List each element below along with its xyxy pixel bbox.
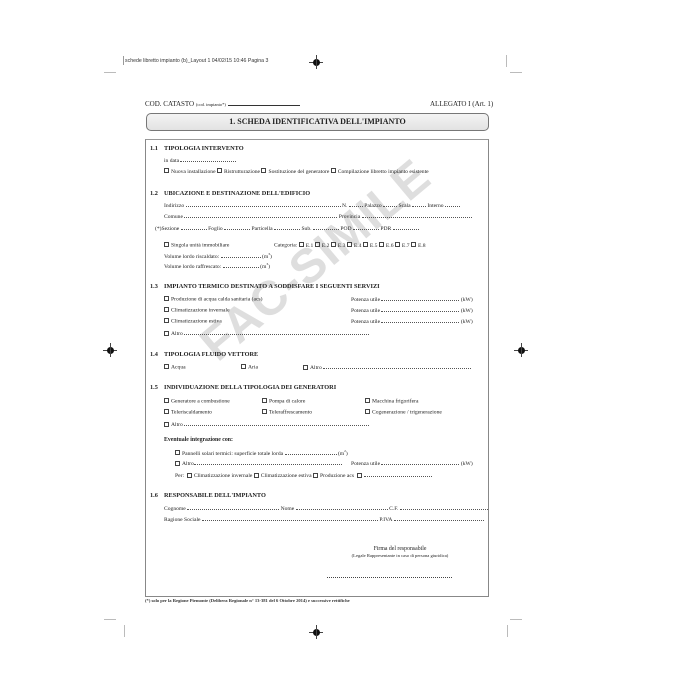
- signature-sublabel: (Legale Rappresentante in caso di person…: [300, 553, 500, 558]
- checkbox-cogenerazione[interactable]: Cogenerazione / trigenerazione: [365, 409, 442, 416]
- registration-mark-icon: [514, 343, 528, 357]
- checkbox-ristrutturazione[interactable]: Ristrutturazione: [217, 169, 260, 175]
- checkbox-per-estiva[interactable]: Climatizzazione estiva: [254, 473, 312, 479]
- checkbox-acs[interactable]: Produzione di acqua calda sanitaria (acs…: [164, 296, 262, 303]
- checkbox-altro-generatori[interactable]: Altro: [164, 421, 369, 428]
- checkbox-e7[interactable]: E.7: [395, 243, 410, 249]
- crop-mark: [506, 55, 507, 67]
- print-slug: schede libretto impianto (b)_Layout 1 04…: [125, 58, 268, 64]
- checkbox-aria[interactable]: Aria: [241, 364, 258, 371]
- footnote: (*) solo per la Regione Piemonte (Delibe…: [145, 598, 350, 603]
- allegato-label: ALLEGATO I (Art. 1): [430, 100, 493, 108]
- checkbox-altro-fluido[interactable]: Altro: [303, 364, 471, 371]
- volume-raffrescato-field[interactable]: Volume lordo raffrescato: (m3): [164, 262, 270, 270]
- checkbox-singola-unita[interactable]: Singola unità immobiliare: [164, 242, 229, 249]
- ragione-sociale-row[interactable]: Ragione Sociale P.IVA: [164, 516, 484, 523]
- catasto-row[interactable]: (*)Sezione Foglio Particella Sub. POD PD…: [155, 225, 419, 232]
- crop-mark: [104, 72, 116, 73]
- per-row: Per: Climatizzazione invernale Climatizz…: [175, 472, 432, 479]
- checkbox-e5[interactable]: E.5: [363, 243, 378, 249]
- checkbox-acqua[interactable]: Acqua: [164, 364, 186, 371]
- signature-line[interactable]: [327, 577, 452, 578]
- checkbox-per-invernale[interactable]: Climatizzazione invernale: [187, 473, 253, 479]
- potenza-invernale-field[interactable]: Potenza utile (kW): [351, 307, 473, 314]
- checkbox-per-acs[interactable]: Produzione acs: [313, 473, 354, 479]
- checkbox-altro-servizi[interactable]: Altro: [164, 330, 369, 337]
- potenza-integrazione-field[interactable]: Potenza utile (kW): [351, 460, 473, 467]
- checkbox-clim-estiva[interactable]: Climatizzazione estiva: [164, 318, 222, 325]
- registration-mark-icon: [103, 343, 117, 357]
- checkbox-per-altro[interactable]: [357, 473, 432, 479]
- checkbox-macchina-frigorifera[interactable]: Macchina frigorifera: [365, 398, 418, 405]
- checkbox-sostituzione[interactable]: Sostituzione del generatore: [261, 169, 329, 175]
- intervento-options: Nuova installazione Ristrutturazione Sos…: [164, 168, 429, 175]
- section-1-5-title: 1.5INDIVIDUAZIONE DELLA TIPOLOGIA DEI GE…: [150, 384, 336, 391]
- section-1-4-title: 1.4TIPOLOGIA FLUIDO VETTORE: [150, 351, 258, 358]
- crop-mark: [507, 625, 508, 637]
- checkbox-e2[interactable]: E.2: [315, 243, 330, 249]
- registration-mark-icon: [309, 625, 323, 639]
- categoria-row: Categoria: E.1 E.2 E.3 E.4 E.5 E.6 E.7 E…: [274, 242, 426, 249]
- slug-bar: [123, 56, 124, 65]
- checkbox-generatore-combustione[interactable]: Generatore a combustione: [164, 398, 230, 405]
- page-title: 1. SCHEDA IDENTIFICATIVA DELL'IMPIANTO: [146, 113, 489, 131]
- checkbox-altro-integrazione[interactable]: Altro: [175, 460, 342, 467]
- crop-mark: [510, 619, 522, 620]
- volume-riscaldato-field[interactable]: Volume lordo riscaldato: (m3): [164, 252, 272, 260]
- checkbox-e3[interactable]: E.3: [331, 243, 346, 249]
- checkbox-compilazione[interactable]: Compilazione libretto impianto esistente: [331, 169, 429, 175]
- cod-catasto-label: COD. CATASTO (cod. impianto*): [145, 100, 300, 108]
- potenza-acs-field[interactable]: Potenza utile (kW): [351, 296, 473, 303]
- potenza-estiva-field[interactable]: Potenza utile (kW): [351, 318, 473, 325]
- signature-label: Firma del responsabile: [300, 546, 500, 552]
- integrazione-label: Eventuale integrazione con:: [164, 437, 233, 443]
- checkbox-e8[interactable]: E.8: [411, 243, 426, 249]
- checkbox-pannelli-solari[interactable]: Pannelli solari termici: superficie tota…: [175, 449, 348, 457]
- checkbox-e1[interactable]: E.1: [299, 243, 314, 249]
- checkbox-nuova-installazione[interactable]: Nuova installazione: [164, 169, 216, 175]
- registration-mark-icon: [309, 55, 323, 69]
- crop-mark: [104, 619, 116, 620]
- checkbox-clim-invernale[interactable]: Climatizzazione invernale: [164, 307, 230, 314]
- checkbox-pompa-calore[interactable]: Pompa di calore: [262, 398, 305, 405]
- checkbox-teleraffrescamento[interactable]: Teleraffrescamento: [262, 409, 312, 416]
- cognome-nome-cf-row[interactable]: Cognome Nome C.F.: [164, 505, 488, 512]
- indirizzo-row[interactable]: Indirizzo N. Palazzo Scala Interno: [164, 202, 460, 209]
- checkbox-teleriscaldamento[interactable]: Teleriscaldamento: [164, 409, 212, 416]
- checkbox-e6[interactable]: E.6: [379, 243, 394, 249]
- cod-catasto-field[interactable]: [228, 101, 300, 106]
- crop-mark: [510, 72, 522, 73]
- section-1-1-title: 1.1TIPOLOGIA INTERVENTO: [150, 145, 244, 152]
- checkbox-e4[interactable]: E.4: [347, 243, 362, 249]
- comune-row[interactable]: Comune Provincia: [164, 213, 472, 220]
- crop-mark: [124, 625, 125, 637]
- section-1-2-title: 1.2UBICAZIONE E DESTINAZIONE DELL'EDIFIC…: [150, 190, 310, 197]
- section-1-3-title: 1.3IMPIANTO TERMICO DESTINATO A SODDISFA…: [150, 283, 380, 290]
- in-data-field[interactable]: in data: [164, 157, 236, 164]
- section-1-6-title: 1.6RESPONSABILE DELL'IMPIANTO: [150, 492, 266, 499]
